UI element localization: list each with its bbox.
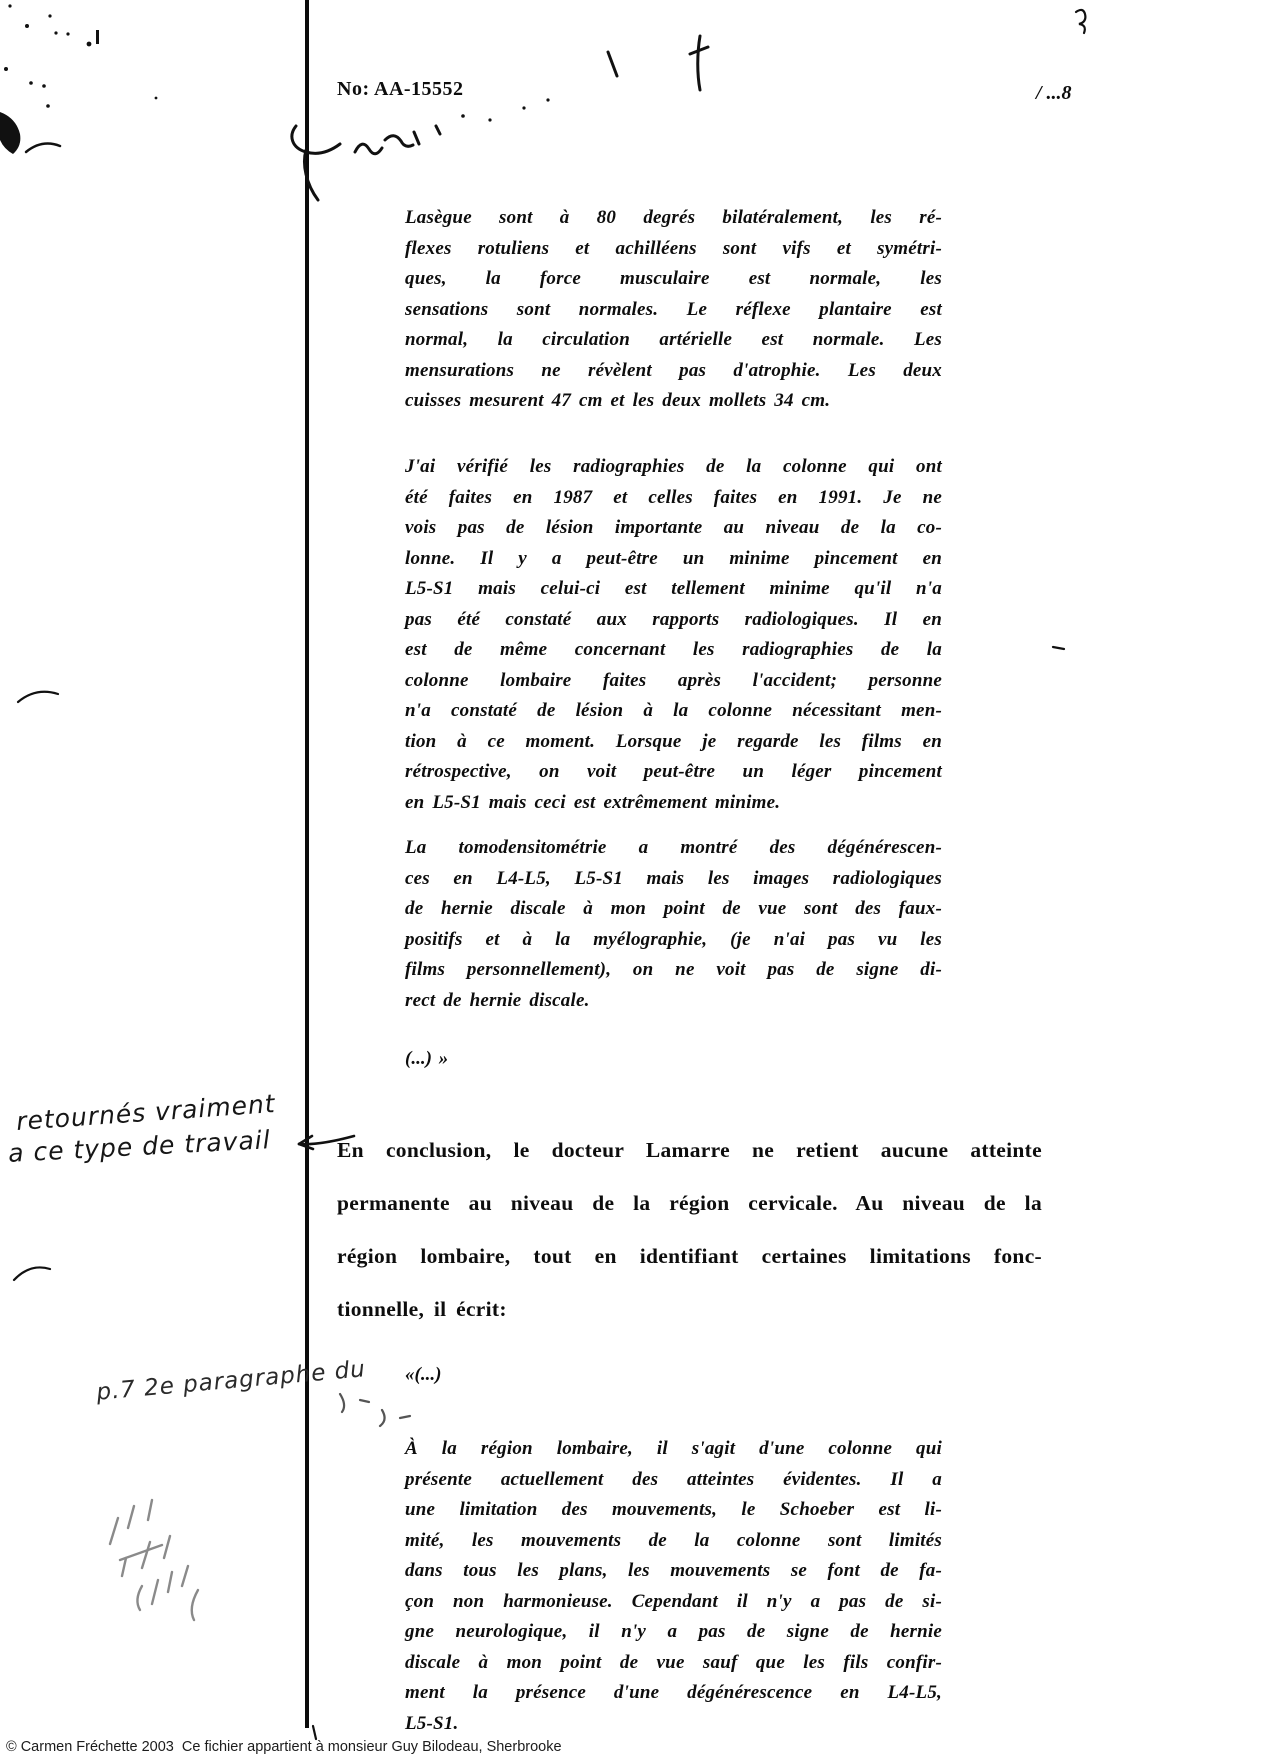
- quote-closing-mark: (...) »: [405, 1048, 448, 1070]
- text-line: est de même concernant les radiographies…: [405, 635, 942, 666]
- text-line: En conclusion, le docteur Lamarre ne ret…: [337, 1124, 1042, 1177]
- page-number-marker: / ...8: [1036, 82, 1072, 105]
- text-line: çon non harmonieuse. Cependant il n'y a …: [405, 1587, 942, 1618]
- text-line: positifs et à la myélographie, (je n'ai …: [405, 925, 942, 956]
- text-line: flexes rotuliens et achilléens sont vifs…: [405, 234, 942, 265]
- handwriting-swoosh: [292, 126, 440, 200]
- text-line: films personnellement), on ne voit pas d…: [405, 955, 942, 986]
- conclusion-paragraph: En conclusion, le docteur Lamarre ne ret…: [337, 1124, 1042, 1336]
- text-line: Lasègue sont à 80 degrés bilatéralement,…: [405, 203, 942, 234]
- text-line: été faites en 1987 et celles faites en 1…: [405, 483, 942, 514]
- text-line: de hernie discale à mon point de vue son…: [405, 894, 942, 925]
- margin-arcs: [14, 692, 58, 1280]
- text-line: ques, la force musculaire est normale, l…: [405, 264, 942, 295]
- copyright-footer: © Carmen Fréchette 2003 Ce fichier appar…: [6, 1739, 562, 1755]
- text-line: région lombaire, tout en identifiant cer…: [337, 1230, 1042, 1283]
- text-line: colonne lombaire faites après l'accident…: [405, 666, 942, 697]
- margin-handwritten-note-2: p.7 2e paragraphe du: [95, 1356, 366, 1405]
- document-page: No: AA-15552 / ...8 Lasègue sont à 80 de…: [0, 0, 1268, 1761]
- text-line: gne neurologique, il n'y a pas de signe …: [405, 1617, 942, 1648]
- text-line: pas été constaté aux rapports radiologiq…: [405, 605, 942, 636]
- text-line: en L5-S1 mais ceci est extrêmement minim…: [405, 788, 942, 819]
- text-line: discale à mon point de vue sauf que les …: [405, 1648, 942, 1679]
- quote-paragraph-2: J'ai vérifié les radiographies de la col…: [405, 452, 942, 818]
- text-line: rétrospective, on voit peut-être un lége…: [405, 757, 942, 788]
- text-line: rect de hernie discale.: [405, 986, 942, 1017]
- text-line: mensurations ne révèlent pas d'atrophie.…: [405, 356, 942, 387]
- note2-trailing-strokes: [340, 1394, 410, 1426]
- quote-opening-mark: «(...): [405, 1364, 441, 1386]
- text-line: tion à ce moment. Lorsque je regarde les…: [405, 727, 942, 758]
- text-line: vois pas de lésion importante au niveau …: [405, 513, 942, 544]
- text-line: une limitation des mouvements, le Schoeb…: [405, 1495, 942, 1526]
- text-line: tionnelle, il écrit:: [337, 1283, 1042, 1336]
- text-line: permanente au niveau de la région cervic…: [337, 1177, 1042, 1230]
- text-line: J'ai vérifié les radiographies de la col…: [405, 452, 942, 483]
- text-line: normal, la circulation artérielle est no…: [405, 325, 942, 356]
- text-line: ment la présence d'une dégénérescence en…: [405, 1678, 942, 1709]
- pencil-scribbles: [110, 1500, 198, 1620]
- text-line: lonne. Il y a peut-être un minime pincem…: [405, 544, 942, 575]
- text-line: n'a constaté de lésion à la colonne néce…: [405, 696, 942, 727]
- quote-paragraph-4: À la région lombaire, il s'agit d'une co…: [405, 1434, 942, 1739]
- doc-number: No: AA-15552: [337, 78, 464, 101]
- ink-specks: [4, 4, 550, 121]
- text-line: présente actuellement des atteintes évid…: [405, 1465, 942, 1496]
- quote-paragraph-1: Lasègue sont à 80 degrés bilatéralement,…: [405, 203, 942, 417]
- text-line: La tomodensitométrie a montré des dégéné…: [405, 833, 942, 864]
- margin-rule: [305, 0, 309, 1728]
- pen-ticks: [608, 36, 708, 90]
- text-line: dans tous les plans, les mouvements se f…: [405, 1556, 942, 1587]
- text-line: sensations sont normales. Le réflexe pla…: [405, 295, 942, 326]
- text-line: mité, les mouvements de la colonne sont …: [405, 1526, 942, 1557]
- quote-paragraph-3: La tomodensitométrie a montré des dégéné…: [405, 833, 942, 1016]
- left-edge-blot: [0, 112, 60, 154]
- text-line: cuisses mesurent 47 cm et les deux molle…: [405, 386, 942, 417]
- text-line: ces en L4-L5, L5-S1 mais les images radi…: [405, 864, 942, 895]
- text-line: À la région lombaire, il s'agit d'une co…: [405, 1434, 942, 1465]
- text-line: L5-S1 mais celui-ci est tellement minime…: [405, 574, 942, 605]
- text-line: L5-S1.: [405, 1709, 942, 1740]
